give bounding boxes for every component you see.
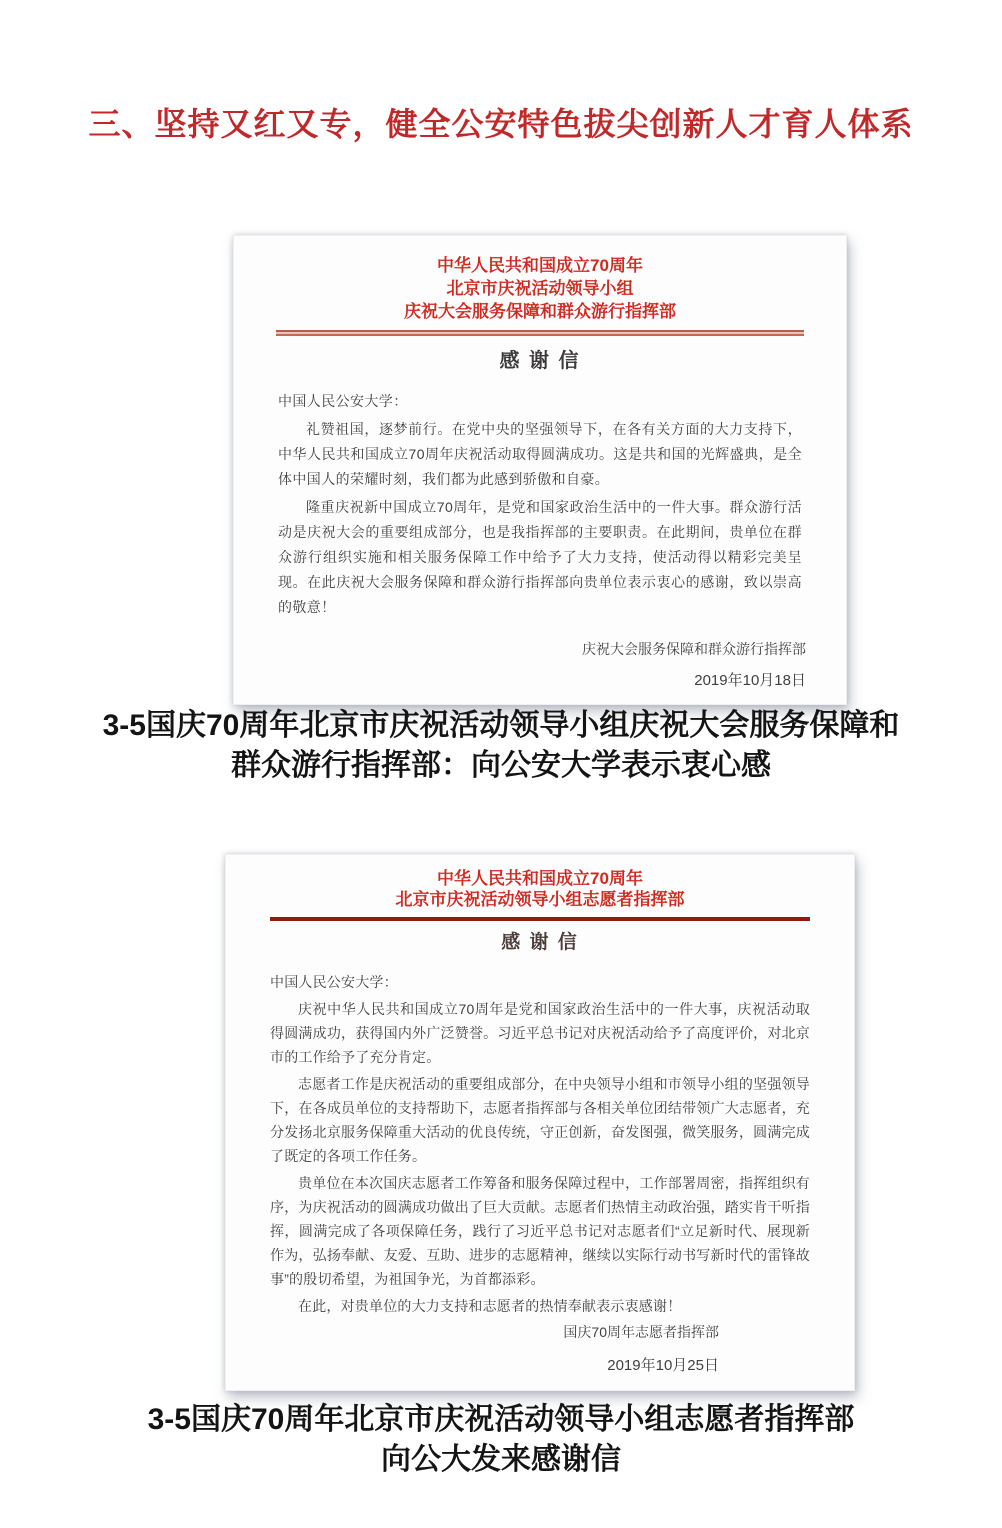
- letter2-signer: 国庆70周年志愿者指挥部: [563, 1316, 719, 1349]
- letter2-subject: 感 谢 信: [226, 931, 854, 955]
- letter1-paragraph: 隆重庆祝新中国成立70周年，是党和国家政治生活中的一件大事。群众游行活动是庆祝大…: [278, 495, 802, 620]
- letter2-body: 中国人民公安大学： 庆祝中华人民共和国成立70周年是党和国家政治生活中的一件大事…: [270, 970, 810, 1318]
- letter1-letterhead-line-1: 中华人民共和国成立70周年: [234, 254, 846, 277]
- letter2-horizontal-rule: [270, 917, 810, 921]
- letter2-signature: 国庆70周年志愿者指挥部 2019年10月25日: [563, 1316, 719, 1382]
- article-page: 三、坚持又红又专，健全公安特色拔尖创新人才育人体系 中华人民共和国成立70周年 …: [0, 0, 1002, 1528]
- letter2-letterhead: 中华人民共和国成立70周年 北京市庆祝活动领导小组志愿者指挥部: [226, 855, 854, 910]
- letter2-letterhead-line-2: 北京市庆祝活动领导小组志愿者指挥部: [226, 889, 854, 910]
- letter2-caption-line-2: 向公大发来感谢信: [0, 1440, 1002, 1480]
- letter2-letterhead-line-1: 中华人民共和国成立70周年: [226, 868, 854, 889]
- letter2-caption: 3-5国庆70周年北京市庆祝活动领导小组志愿者指挥部 向公大发来感谢信: [0, 1400, 1002, 1480]
- letter1-caption: 3-5国庆70周年北京市庆祝活动领导小组庆祝大会服务保障和 群众游行指挥部：向公…: [0, 706, 1002, 786]
- letter1-horizontal-rule: [276, 330, 804, 336]
- letter1-letterhead-line-3: 庆祝大会服务保障和群众游行指挥部: [234, 300, 846, 323]
- letter2-paragraph: 志愿者工作是庆祝活动的重要组成部分，在中央领导小组和市领导小组的坚强领导下，在各…: [270, 1072, 810, 1168]
- letter1-letterhead: 中华人民共和国成立70周年 北京市庆祝活动领导小组 庆祝大会服务保障和群众游行指…: [234, 236, 846, 323]
- letter1-signature: 庆祝大会服务保障和群众游行指挥部 2019年10月18日: [582, 634, 806, 696]
- section-title: 三、坚持又红又专，健全公安特色拔尖创新人才育人体系: [0, 99, 1002, 145]
- letter1-salutation: 中国人民公安大学：: [278, 389, 802, 414]
- letter2-salutation: 中国人民公安大学：: [270, 970, 810, 994]
- letter-image-1[interactable]: 中华人民共和国成立70周年 北京市庆祝活动领导小组 庆祝大会服务保障和群众游行指…: [233, 235, 847, 705]
- letter1-caption-line-1: 3-5国庆70周年北京市庆祝活动领导小组庆祝大会服务保障和: [0, 706, 1002, 746]
- letter1-paragraph: 礼赞祖国，逐梦前行。在党中央的坚强领导下，在各有关方面的大力支持下，中华人民共和…: [278, 417, 802, 492]
- letter-image-2[interactable]: 中华人民共和国成立70周年 北京市庆祝活动领导小组志愿者指挥部 感 谢 信 中国…: [225, 854, 855, 1391]
- letter2-paragraph: 贵单位在本次国庆志愿者工作筹备和服务保障过程中，工作部署周密，指挥组织有序，为庆…: [270, 1171, 810, 1291]
- letter2-paragraph: 在此，对贵单位的大力支持和志愿者的热情奉献表示衷感谢！: [270, 1294, 810, 1318]
- letter2-date: 2019年10月25日: [563, 1349, 719, 1382]
- letter2-caption-line-1: 3-5国庆70周年北京市庆祝活动领导小组志愿者指挥部: [0, 1400, 1002, 1440]
- letter1-letterhead-line-2: 北京市庆祝活动领导小组: [234, 277, 846, 300]
- letter1-date: 2019年10月18日: [582, 665, 806, 696]
- letter1-body: 中国人民公安大学： 礼赞祖国，逐梦前行。在党中央的坚强领导下，在各有关方面的大力…: [278, 389, 802, 620]
- letter2-paragraph: 庆祝中华人民共和国成立70周年是党和国家政治生活中的一件大事，庆祝活动取得圆满成…: [270, 997, 810, 1069]
- letter1-subject: 感 谢 信: [234, 349, 846, 373]
- letter1-caption-line-2: 群众游行指挥部：向公安大学表示衷心感: [0, 746, 1002, 786]
- letter1-signer: 庆祝大会服务保障和群众游行指挥部: [582, 634, 806, 665]
